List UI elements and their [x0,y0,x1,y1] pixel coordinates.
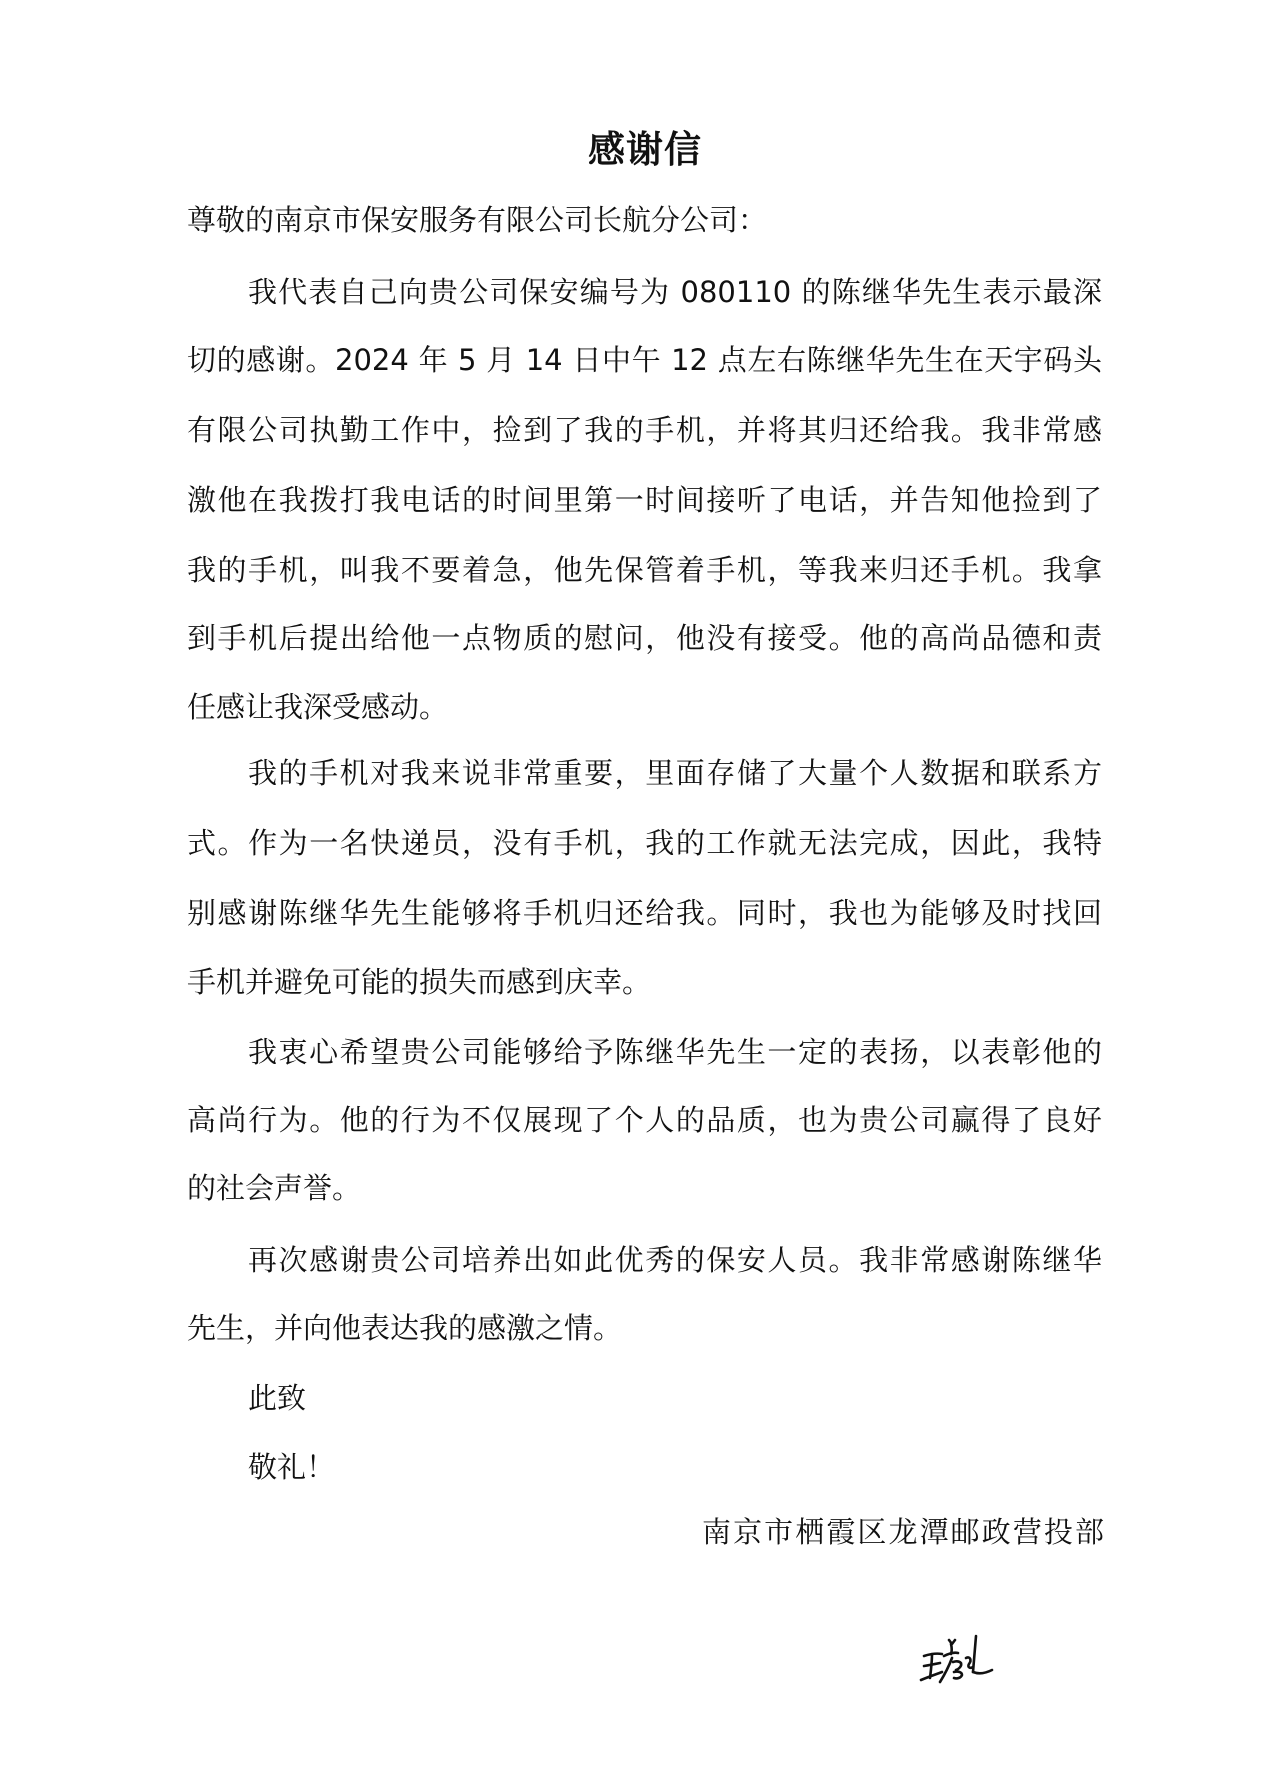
paragraph-line: 我衷心希望贵公司能够给予陈继华先生一定的表扬，以表彰他的 [248,1032,1102,1072]
paragraph-line: 我的手机，叫我不要着急，他先保管着手机，等我来归还手机。我拿 [187,550,1102,590]
paragraph-line: 的社会声誉。 [187,1168,1102,1208]
paragraph-line: 到手机后提出给他一点物质的慰问，他没有接受。他的高尚品德和责 [187,618,1102,658]
paragraph-line: 切的感谢。2024 年 5 月 14 日中午 12 点左右陈继华先生在天宇码头 [187,340,1102,380]
paragraph-line: 激他在我拨打我电话的时间里第一时间接听了电话，并告知他捡到了 [187,480,1102,520]
signature-icon [918,1632,998,1690]
letter-page: 感谢信 尊敬的南京市保安服务有限公司长航分公司： 我代表自己向贵公司保安编号为 … [0,0,1280,1786]
paragraph-line: 我代表自己向贵公司保安编号为 080110 的陈继华先生表示最深 [248,272,1102,312]
paragraph-line: 别感谢陈继华先生能够将手机归还给我。同时，我也为能够及时找回 [187,893,1102,933]
paragraph-line: 式。作为一名快递员，没有手机，我的工作就无法完成，因此，我特 [187,823,1102,863]
paragraph-line: 先生，并向他表达我的感激之情。 [187,1308,1102,1348]
paragraph-line: 高尚行为。他的行为不仅展现了个人的品质，也为贵公司赢得了良好 [187,1100,1102,1140]
closing-line-1: 此致 [248,1378,306,1418]
paragraph-line: 任感让我深受感动。 [187,687,1102,727]
paragraph-line: 我的手机对我来说非常重要，里面存储了大量个人数据和联系方 [248,753,1102,793]
paragraph-line: 再次感谢贵公司培养出如此优秀的保安人员。我非常感谢陈继华 [248,1240,1102,1280]
closing-line-2: 敬礼！ [248,1447,335,1487]
letter-title: 感谢信 [0,128,1280,172]
handwritten-signature [918,1632,998,1690]
salutation: 尊敬的南京市保安服务有限公司长航分公司： [187,200,767,240]
paragraph-line: 有限公司执勤工作中，捡到了我的手机，并将其归还给我。我非常感 [187,410,1102,450]
sender-organization: 南京市栖霞区龙潭邮政营投部 [702,1512,1104,1552]
paragraph-line: 手机并避免可能的损失而感到庆幸。 [187,962,1102,1002]
